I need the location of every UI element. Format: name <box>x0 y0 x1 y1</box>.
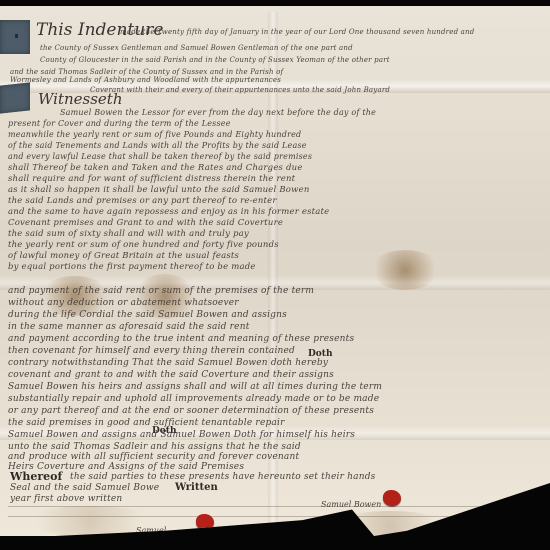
parchment-document: This Indenture Witnesseth made the Twent… <box>0 6 550 536</box>
text-line: the said premises in good and sufficient… <box>8 418 548 428</box>
text-line: present for Cover and during the term of… <box>8 119 548 128</box>
text-line: the said sum of sixty shall and will wit… <box>8 229 548 239</box>
photo-background: This Indenture Witnesseth made the Twent… <box>0 0 550 550</box>
text-line: and the same to have again repossess and… <box>8 207 548 217</box>
text-line: the said Lands and premises or any part … <box>8 196 548 206</box>
ruled-line <box>8 506 548 507</box>
text-line: Heirs Coverture and Assigns of the said … <box>8 462 548 472</box>
text-line: during the life Cordial the said Samuel … <box>8 310 548 320</box>
text-line: of lawful money of Great Britain at the … <box>8 251 548 261</box>
testimonium-line2: Seal and the said Samuel Bowen <box>10 483 160 493</box>
testimonium-line3: year first above written <box>10 494 210 504</box>
text-line: shall require and for want of sufficient… <box>8 174 548 184</box>
wax-seal-right <box>383 490 401 506</box>
whereof-word: Whereof <box>10 470 62 483</box>
wax-seal-left <box>196 514 214 530</box>
text-line: by equal portions the first payment ther… <box>8 262 548 272</box>
ruled-line <box>8 516 548 517</box>
text-line: of the said Tenements and Lands with all… <box>8 141 548 150</box>
text-line: contrary notwithstanding That the said S… <box>8 358 548 368</box>
text-line: without any deduction or abatement whats… <box>8 298 548 308</box>
text-line: shall Thereof be taken and Taken and the… <box>8 163 548 173</box>
text-line: Samuel Bowen and assigns and Samuel Bowe… <box>8 430 548 440</box>
text-line: unto the said Thomas Sadleir and his ass… <box>8 442 548 452</box>
text-line: substantially repair and uphold all impr… <box>8 394 548 404</box>
revenue-stamp-upper <box>0 20 30 54</box>
text-line: and payment according to the true intent… <box>8 334 548 344</box>
text-line: and the said Thomas Sadleir of the Count… <box>10 68 540 76</box>
text-line: Covenant premises and Grant to and with … <box>8 218 548 228</box>
text-line: Wormesley and Lands of Ashbury and Woodl… <box>10 76 530 84</box>
testimonium-text: the said parties to these presents have … <box>70 472 540 482</box>
text-line: and payment of the said rent or sum of t… <box>8 286 548 296</box>
text-line: covenant and grant to and with the said … <box>8 370 548 380</box>
text-line: Coverant with their and every of their a… <box>90 86 510 94</box>
text-line: then covenant for himself and every thin… <box>8 346 548 356</box>
doth-mark: Doth <box>308 349 333 359</box>
text-line: and every lawful Lease that shall be tak… <box>8 152 548 161</box>
revenue-stamp-lower <box>0 82 30 113</box>
text-line: in the same manner as aforesaid said the… <box>8 322 548 332</box>
doth-mark: Doth <box>152 426 177 436</box>
text-line: meanwhile the yearly rent or sum of five… <box>8 130 548 139</box>
text-line: County of Gloucester in the said Parish … <box>40 56 540 64</box>
text-line: the County of Sussex Gentleman and Samue… <box>40 44 540 52</box>
signature-right: Samuel Bowen <box>321 500 381 509</box>
text-line: the yearly rent or sum of one hundred an… <box>8 240 548 250</box>
text-line: as it shall so happen it shall be lawful… <box>8 185 548 195</box>
text-line: or any part thereof and at the end or so… <box>8 406 548 416</box>
text-line: and produce with all sufficient security… <box>8 452 548 462</box>
text-line: made the Twenty fifth day of January in … <box>120 28 540 36</box>
text-line: Samuel Bowen the Lessor for ever from th… <box>60 108 540 117</box>
signature-left: Samuel <box>136 526 166 535</box>
text-line: Samuel Bowen his heirs and assigns shall… <box>8 382 548 392</box>
written-word: Written <box>175 482 218 493</box>
